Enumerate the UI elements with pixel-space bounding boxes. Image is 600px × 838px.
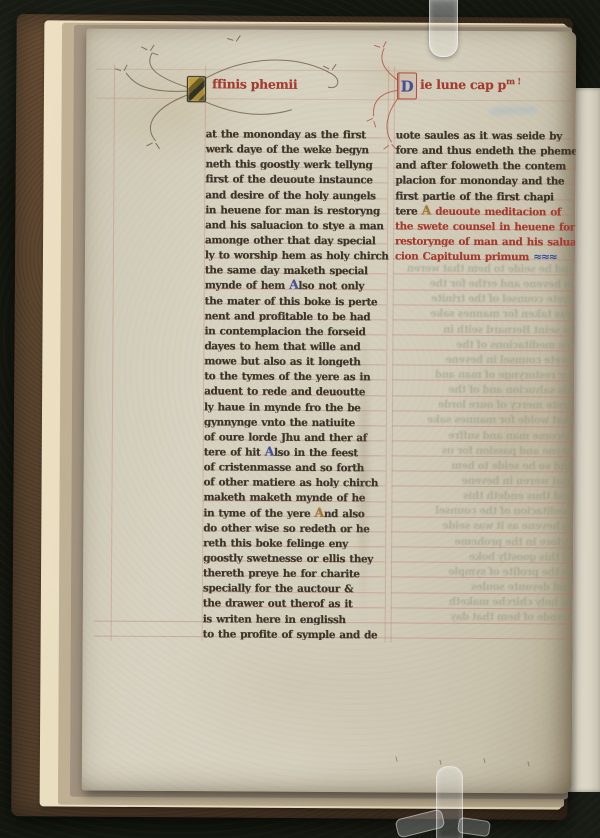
initial-letter: D	[400, 77, 413, 95]
decorated-initial: A	[314, 504, 323, 519]
script-text: first of the deuoute instaunce	[205, 174, 372, 186]
pricking-mark	[527, 761, 529, 766]
blue-line-filler: ≈≈≈	[533, 250, 556, 262]
show-through-line: to the profite of symple	[393, 564, 573, 580]
show-through-line: of this goostly boke	[393, 549, 573, 565]
running-title-right-suffix: m !	[506, 77, 521, 87]
text-line: cion Capitulum primum ≈≈≈	[395, 247, 575, 263]
pen-flourished-initial: D	[397, 72, 417, 99]
illuminated-initial-block	[187, 76, 206, 102]
script-text: do other wise so redeth or he	[203, 522, 369, 534]
show-through-line: and thus endeth this	[393, 489, 573, 505]
running-title-right-text: ie lune cap p	[420, 77, 506, 93]
text-line: and after foloweth the contem	[395, 156, 575, 172]
decorated-initial: A	[289, 277, 298, 292]
script-text: mynde of hem	[205, 280, 289, 292]
show-through-line: as seint Bernard seith in	[394, 322, 574, 338]
show-through-line: byfore in the proheme	[393, 534, 573, 550]
text-line: tere A deuoute meditacion of	[395, 201, 575, 217]
running-header-left: ffinis phemii	[187, 76, 298, 103]
text-line: mynde of hem Also not only	[205, 276, 389, 292]
text-line: restorynge of man and his salua	[395, 231, 575, 247]
show-through-line: grete counsel of the trinite	[395, 292, 575, 308]
script-text: and desire of the holy aungels	[205, 189, 375, 201]
text-line: at the mononday as the first	[206, 124, 390, 140]
text-line: neth this goostly werk tellyng	[205, 155, 389, 171]
show-through-line: in hevene as it was seide	[393, 519, 573, 535]
show-through-line: as holy chirche maketh	[393, 594, 573, 610]
text-line: in heuene for man is restoryng	[205, 200, 389, 216]
running-title-right: ie lune cap pm !	[420, 73, 521, 93]
show-through-line: his meditacions of the	[394, 337, 574, 353]
text-line: first of the deuoute instaunce	[205, 170, 389, 186]
script-text: nent and profitable to be had	[205, 310, 371, 322]
show-through-line: meditacion of the counsel	[393, 504, 573, 520]
pricking-mark	[395, 756, 397, 761]
text-line: werk daye of the weke begyn	[206, 139, 390, 155]
show-through-layer: and he seide to hem that werenin hevene …	[393, 261, 575, 625]
text-line: amonge other that day special	[205, 230, 389, 246]
running-header-right: D ie lune cap pm !	[397, 72, 521, 100]
script-text: maketh maketh mynde of he	[203, 492, 365, 504]
show-through-line: was taken for mannes sake	[395, 307, 575, 323]
script-text: placion for mononday and the	[395, 175, 564, 187]
show-through-line: become man and suffre	[394, 428, 574, 444]
rubric-text: deuoute meditacion of	[431, 205, 561, 217]
text-line: the same day maketh special	[205, 261, 389, 277]
text-line: placion for mononday and the	[395, 171, 575, 187]
decorated-initial: A	[265, 444, 274, 459]
show-through-line: his salvacion and of the	[394, 383, 574, 399]
ruling-line-vertical	[111, 65, 116, 641]
show-through-line: that weren in hevene	[394, 473, 574, 489]
text-line: and his saluacion to stye a man	[205, 215, 389, 231]
parchment-page: ffinis phemii D ie lune cap pm ! at the …	[82, 29, 577, 794]
script-text: to the profite of symple and de	[203, 628, 378, 640]
script-text: in heuene for man is restoryng	[205, 204, 380, 216]
running-title-left: ffinis phemii	[212, 76, 297, 92]
show-through-line: and devoute soules	[393, 579, 573, 595]
show-through-line: that wolde for mannes sake	[394, 413, 574, 429]
show-through-line: for restorynge of man and	[394, 367, 574, 383]
text-line: ly to worship hem as holy chirch	[205, 245, 389, 261]
show-through-line: swete counsel in hevene	[394, 352, 574, 368]
page-restraint-strap-top	[429, 0, 458, 57]
script-text: aduent to rede and deuoutte	[204, 386, 365, 398]
ruling-line-horizontal	[96, 69, 575, 73]
script-text: the drawer out therof as it	[203, 598, 353, 610]
text-line: first partie of the first chapi	[395, 186, 575, 202]
text-line: and desire of the holy aungels	[205, 185, 389, 201]
text-column-right: uote saules as it was seide byfore and t…	[395, 125, 576, 262]
text-line: the swete counsel in heuene for	[395, 216, 575, 232]
script-text: the mater of this boke is perte	[205, 295, 378, 307]
show-through-line: grete mercy of oure lorde	[394, 398, 574, 414]
text-line: fore and thus endeth the pheme	[396, 141, 576, 157]
show-through-line: and so he seide to hem	[394, 458, 574, 474]
page-weight-snake-bottom	[396, 762, 496, 838]
script-text: first partie of the first chapi	[395, 190, 553, 202]
show-through-line: mynde of hem that day	[393, 610, 573, 626]
script-text: is writen here in englissh	[203, 613, 346, 625]
parchment-crease	[355, 300, 373, 630]
script-text: gynnynge vnto the natiuite	[204, 416, 355, 428]
script-text: in tyme of the yere	[203, 507, 314, 519]
show-through-line: in hevene and erthe for the	[395, 277, 575, 293]
show-through-line: peyne and passion for us	[394, 443, 574, 459]
script-text: lso not only	[298, 280, 364, 292]
decorated-initial: A	[422, 202, 431, 217]
script-text: lso in the feest	[274, 447, 358, 459]
blue-pigment-smudge	[490, 106, 538, 115]
photo-of-manuscript: ffinis phemii D ie lune cap pm ! at the …	[0, 0, 600, 838]
script-text: ly haue in mynde fro the be	[204, 401, 360, 413]
text-line: uote saules as it was seide by	[396, 125, 576, 141]
show-through-line: and he seide to hem that weren	[395, 261, 575, 277]
